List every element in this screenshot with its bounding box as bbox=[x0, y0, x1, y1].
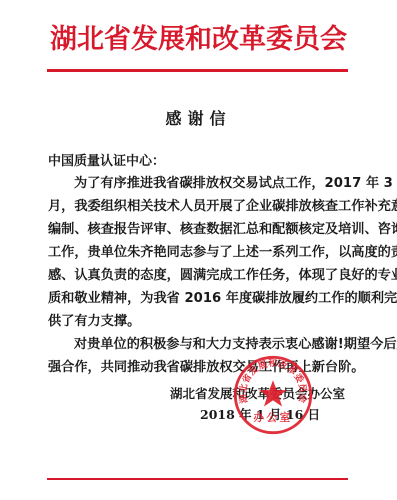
letter-body: 为了有序推进我省碳排放权交易试点工作，2017 年 3 月至 9 月，我委组织相… bbox=[48, 172, 350, 379]
salutation: 中国质量认证中心： bbox=[48, 150, 165, 169]
body-line: 工作，贵单位朱齐艳同志参与了上述一系列工作，以高度的责任 bbox=[48, 241, 350, 264]
document-title: 感谢信 bbox=[0, 106, 397, 129]
body-line: 供了有力支撑。 bbox=[48, 310, 350, 333]
body-line: 月，我委组织相关技术人员开展了企业碳排放核查工作补充意见 bbox=[48, 195, 350, 218]
body-line: 编制、核查报告评审、核查数据汇总和配额核定及培训、咨询等 bbox=[48, 218, 350, 241]
body-line: 质和敬业精神，为我省 2016 年度碳排放履约工作的顺利完成提 bbox=[48, 287, 350, 310]
footer-divider bbox=[47, 478, 348, 480]
body-line: 为了有序推进我省碳排放权交易试点工作，2017 年 3 月至 9 bbox=[48, 172, 350, 195]
official-seal: 湖北省发展和改革委员会 办公室 bbox=[232, 354, 314, 436]
body-line: 感、认真负责的态度，圆满完成工作任务，体现了良好的专业素 bbox=[48, 264, 350, 287]
letterhead-divider bbox=[47, 69, 348, 72]
body-line: 对贵单位的积极参与和大力支持表示衷心感谢!期望今后加 bbox=[48, 333, 350, 356]
star-icon bbox=[259, 380, 287, 406]
letterhead-org-name: 湖北省发展和改革委员会 bbox=[0, 24, 397, 56]
seal-center-text: 办公室 bbox=[253, 411, 292, 424]
paragraph-1: 为了有序推进我省碳排放权交易试点工作，2017 年 3 月至 9 月，我委组织相… bbox=[48, 172, 350, 333]
